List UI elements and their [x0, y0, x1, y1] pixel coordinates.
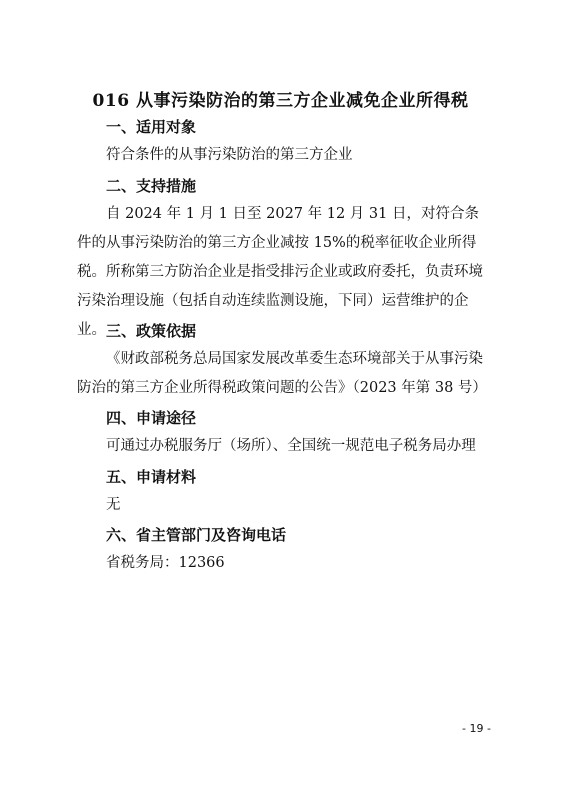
section-body-1: 符合条件的从事污染防治的第三方企业	[106, 141, 486, 170]
section-heading-3: 三、政策依据	[106, 320, 196, 341]
section-heading-4: 四、申请途径	[106, 407, 196, 428]
section-heading-6: 六、省主管部门及咨询电话	[106, 524, 286, 545]
section-heading-2: 二、支持措施	[106, 175, 196, 196]
section-body-5: 无	[106, 491, 486, 520]
document-title: 016 从事污染防治的第三方企业减免企业所得税	[0, 86, 561, 111]
section-body-6: 省税务局：12366	[106, 549, 486, 578]
page-number: - 19 -	[462, 722, 491, 735]
section-body-4: 可通过办税服务厅（场所）、全国统一规范电子税务局办理	[106, 432, 506, 461]
section-body-3: 《财政部税务总局国家发展改革委生态环境部关于从事污染防治的第三方企业所得税政策问…	[77, 345, 487, 403]
section-heading-1: 一、适用对象	[106, 116, 196, 137]
section-heading-5: 五、申请材料	[106, 466, 196, 487]
